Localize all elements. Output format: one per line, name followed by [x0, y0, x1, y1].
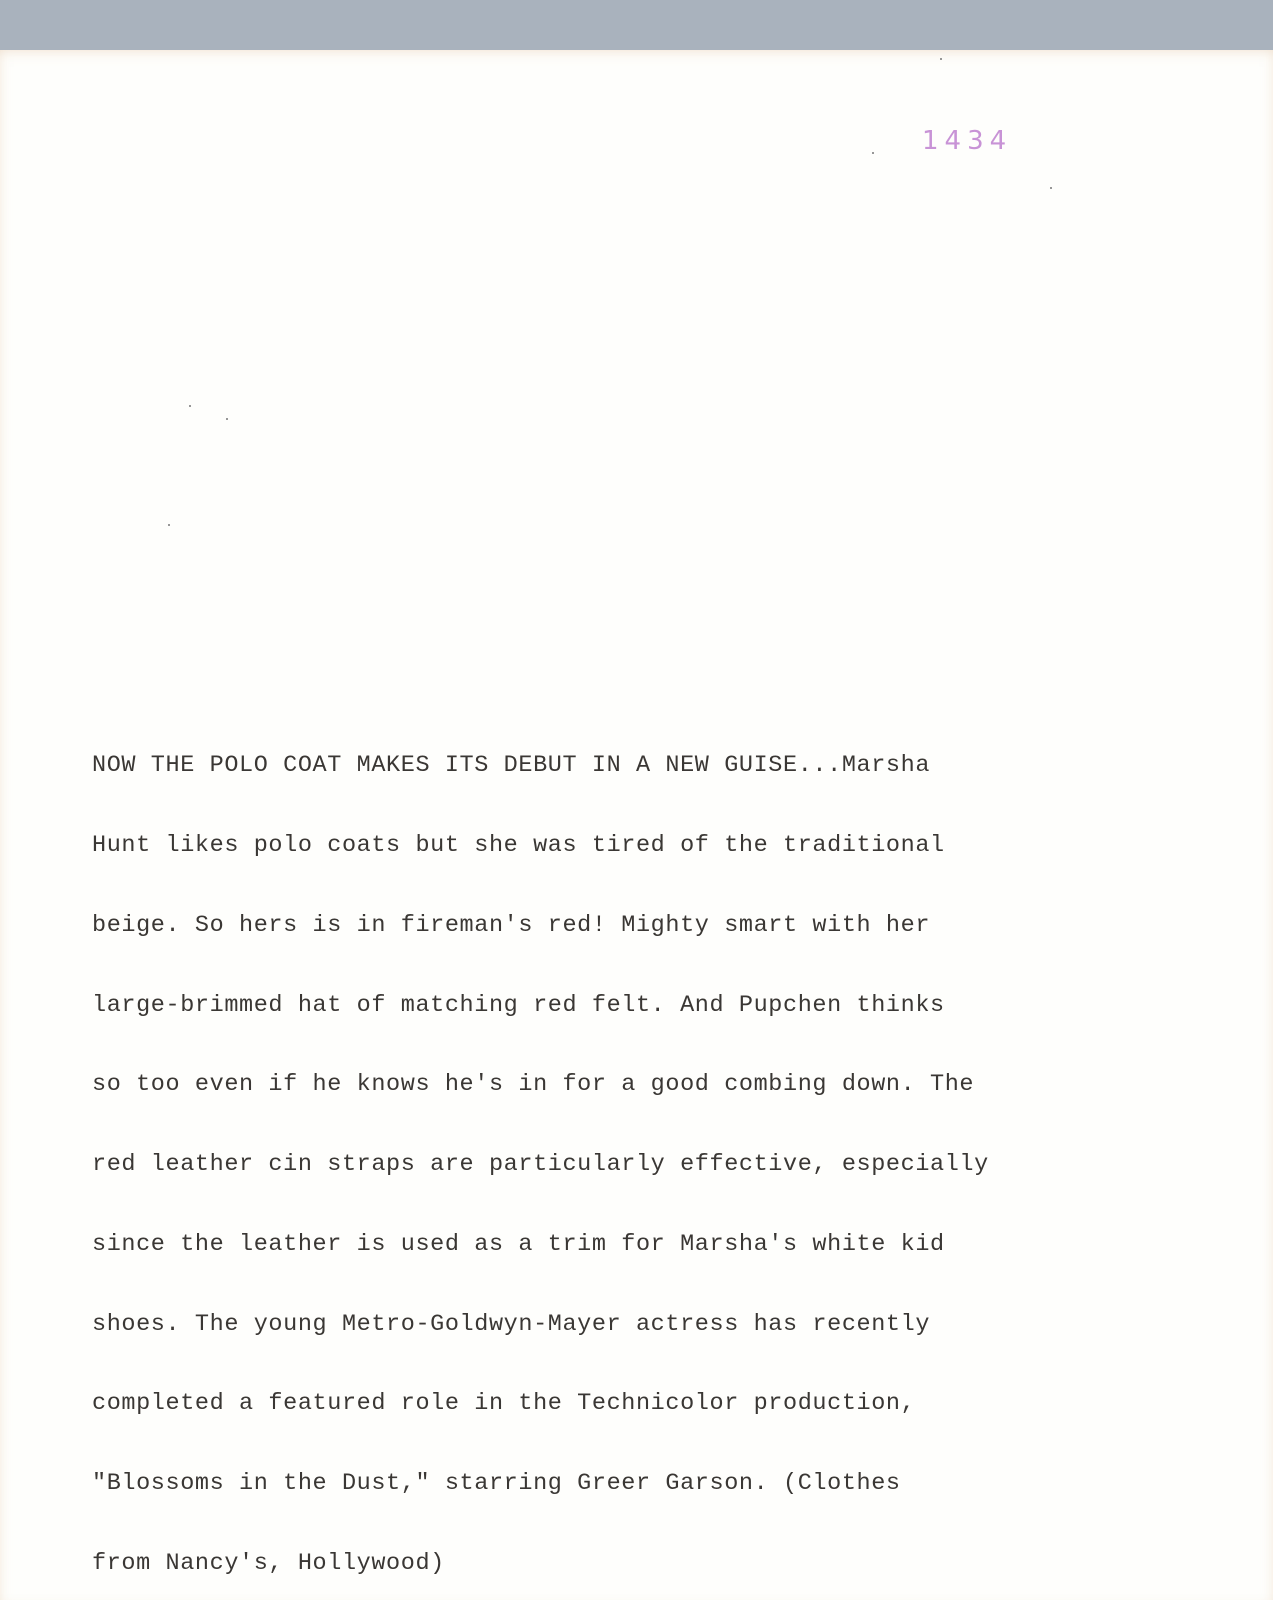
paper-speck: [226, 418, 228, 420]
background-band: [0, 0, 1273, 54]
caption-line: since the leather is used as a trim for …: [92, 1232, 1092, 1259]
caption-line: from Nancy's, Hollywood): [92, 1551, 1092, 1578]
caption-line: beige. So hers is in fireman's red! Migh…: [92, 913, 1092, 940]
caption-line: Hunt likes polo coats but she was tired …: [92, 833, 1092, 860]
caption-line: completed a featured role in the Technic…: [92, 1391, 1092, 1418]
typewritten-caption: NOW THE POLO COAT MAKES ITS DEBUT IN A N…: [92, 700, 1092, 1600]
caption-line: large-brimmed hat of matching red felt. …: [92, 993, 1092, 1020]
caption-line: shoes. The young Metro-Goldwyn-Mayer act…: [92, 1312, 1092, 1339]
caption-line: "Blossoms in the Dust," starring Greer G…: [92, 1471, 1092, 1498]
paper-speck: [872, 152, 874, 154]
caption-line: NOW THE POLO COAT MAKES ITS DEBUT IN A N…: [92, 753, 1092, 780]
caption-line: so too even if he knows he's in for a go…: [92, 1072, 1092, 1099]
caption-line: red leather cin straps are particularly …: [92, 1152, 1092, 1179]
paper-speck: [940, 58, 942, 60]
paper-speck: [189, 405, 191, 407]
paper-speck: [1050, 187, 1052, 189]
paper-speck: [168, 524, 170, 526]
stamp-number: 1434: [922, 126, 1012, 156]
